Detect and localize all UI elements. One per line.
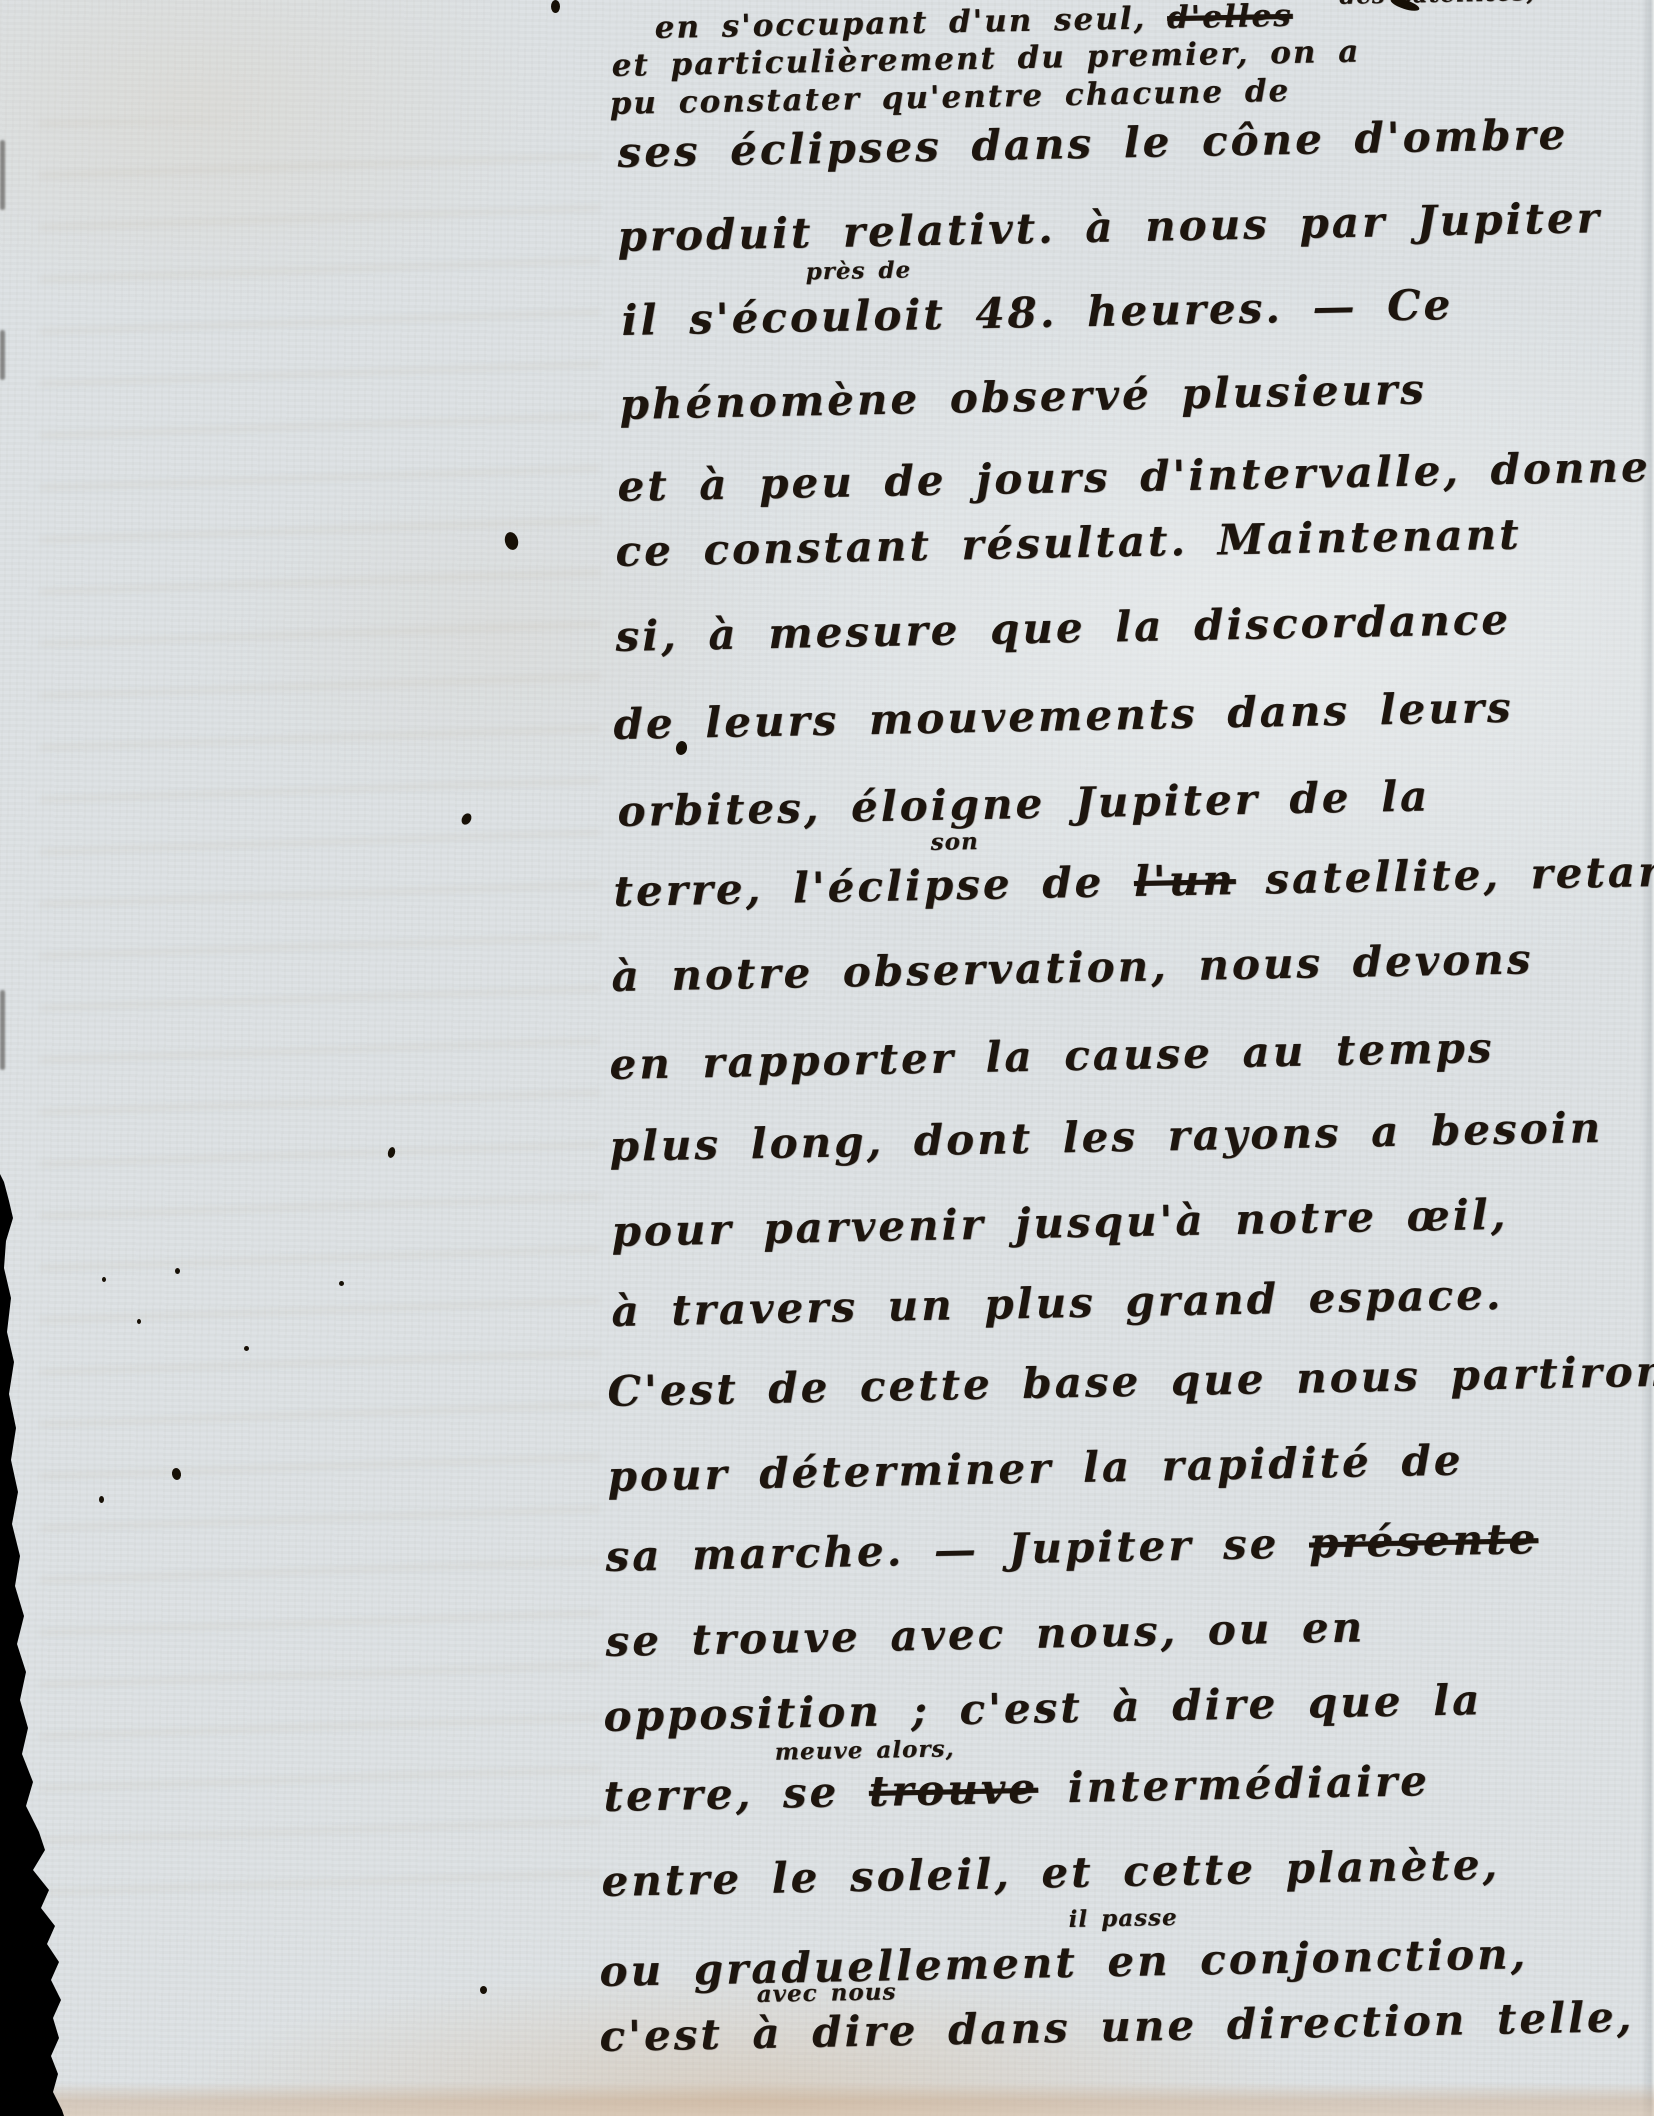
line-text: et à peu de jours d'intervalle, donne (617, 442, 1651, 511)
manuscript-line: meuve alors, terre, se trouve intermédia… (603, 1756, 1430, 1821)
manuscript-line: près de il s'écouloit 48. heures. — Ce (621, 280, 1454, 345)
paper-bottom-edge (0, 2082, 1654, 2116)
line-text: pour parvenir jusqu'à notre œil, (611, 1190, 1509, 1256)
line-text: terre, l'éclipse de (613, 857, 1134, 916)
manuscript-line: orbites, éloigne Jupiter de la (617, 771, 1431, 836)
line-text: se trouve avec nous, ou en (605, 1602, 1366, 1666)
interline-insertion: des satellites, (1339, 0, 1536, 10)
line-text: C'est de cette base que nous partirons (607, 1346, 1654, 1416)
line-text: phénomène observé plusieurs (619, 365, 1427, 429)
line-text: ses éclipses dans le cône d'ombre (617, 110, 1569, 177)
ink-speck (102, 1277, 106, 1282)
manuscript-line: et à peu de jours d'intervalle, donne (617, 442, 1651, 511)
manuscript-line: pour déterminer la rapidité de (607, 1436, 1464, 1501)
torn-edge (0, 1146, 80, 2116)
line-text: à travers un plus grand espace. (611, 1270, 1504, 1336)
ink-speck (137, 1319, 141, 1324)
line-text: plus long, dont les rayons a besoin (609, 1103, 1604, 1171)
manuscript-line: C'est de cette base que nous partirons (607, 1346, 1654, 1416)
ink-speck (551, 0, 560, 13)
line-text: entre le soleil, et cette planète, (601, 1840, 1500, 1906)
line-text: ce constant résultat. Maintenant (615, 510, 1522, 576)
manuscript-line: avec nous c'est à dire dans une directio… (599, 1990, 1654, 2061)
line-text: ou graduellement en conjonction, (599, 1929, 1528, 1996)
interline-insertion: son (930, 828, 979, 856)
manuscript-line: en rapporter la cause au temps (609, 1023, 1495, 1089)
bleed-through-texture (40, 120, 600, 1920)
ink-speck (244, 1346, 249, 1351)
edge-smudge (0, 990, 5, 1070)
manuscript-line: à travers un plus grand espace. (611, 1270, 1504, 1336)
struck-word: trouve (868, 1764, 1038, 1816)
ink-speck (675, 740, 688, 756)
line-text: de leurs mouvements dans leurs (613, 683, 1514, 749)
interline-insertion: meuve alors, (774, 1735, 954, 1765)
interline-insertion: il passe (1068, 1904, 1177, 1933)
line-text: sa marche. — Jupiter se (605, 1519, 1309, 1581)
manuscript-line: pour parvenir jusqu'à notre œil, (611, 1190, 1509, 1256)
ink-speck (175, 1268, 180, 1274)
manuscript-line: plus long, dont les rayons a besoin (609, 1103, 1604, 1171)
ink-speck (99, 1496, 104, 1503)
interline-insertion: avec nous (756, 1978, 896, 2008)
line-text: si, à mesure que la discordance (615, 595, 1511, 661)
line-text: opposition ; c'est à dire que la (603, 1675, 1483, 1741)
manuscript-line: il passe ou graduellement en conjonction… (599, 1929, 1528, 1996)
manuscript-line: produit relativt. à nous par Jupiter (617, 193, 1602, 261)
edge-smudge (0, 140, 5, 210)
struck-word: présente (1308, 1514, 1538, 1567)
line-text: pour déterminer la rapidité de (607, 1436, 1464, 1501)
line-text: produit relativt. à nous par Jupiter (617, 193, 1602, 261)
line-text: il s'écouloit 48. heures. — Ce (621, 280, 1454, 345)
line-text: orbites, éloigne Jupiter de la (617, 771, 1431, 836)
edge-smudge (0, 330, 5, 380)
manuscript-line: à notre observation, nous devons (611, 934, 1534, 1001)
manuscript-line: sa marche. — Jupiter se présente (605, 1514, 1539, 1581)
manuscript-line: son terre, l'éclipse de l'un satellite, … (613, 846, 1654, 916)
manuscript-line: phénomène observé plusieurs (619, 365, 1427, 429)
interline-insertion: près de (805, 256, 911, 285)
paper-right-edge (1641, 0, 1654, 2116)
struck-word: l'un (1133, 855, 1236, 906)
manuscript-line: si, à mesure que la discordance (615, 595, 1511, 661)
line-text-after: satellite, retarde (1235, 846, 1654, 904)
line-text-after: intermédiaire (1038, 1756, 1431, 1813)
struck-word: d'elles (1167, 0, 1293, 36)
ink-speck (480, 1986, 487, 1994)
manuscript-line: ce constant résultat. Maintenant (615, 510, 1522, 576)
manuscript-line: se trouve avec nous, ou en (605, 1602, 1366, 1666)
manuscript-line: de leurs mouvements dans leurs (613, 683, 1514, 749)
line-text: terre, se (603, 1767, 869, 1821)
manuscript-line: ses éclipses dans le cône d'ombre (617, 110, 1569, 177)
ink-speck (339, 1281, 344, 1286)
manuscript-line: opposition ; c'est à dire que la (603, 1675, 1483, 1741)
line-text: à notre observation, nous devons (611, 934, 1534, 1001)
manuscript-line: entre le soleil, et cette planète, (601, 1840, 1500, 1906)
manuscript-page: des satellites, en s'occupant d'un seul,… (0, 0, 1654, 2116)
line-text: en rapporter la cause au temps (609, 1023, 1495, 1089)
